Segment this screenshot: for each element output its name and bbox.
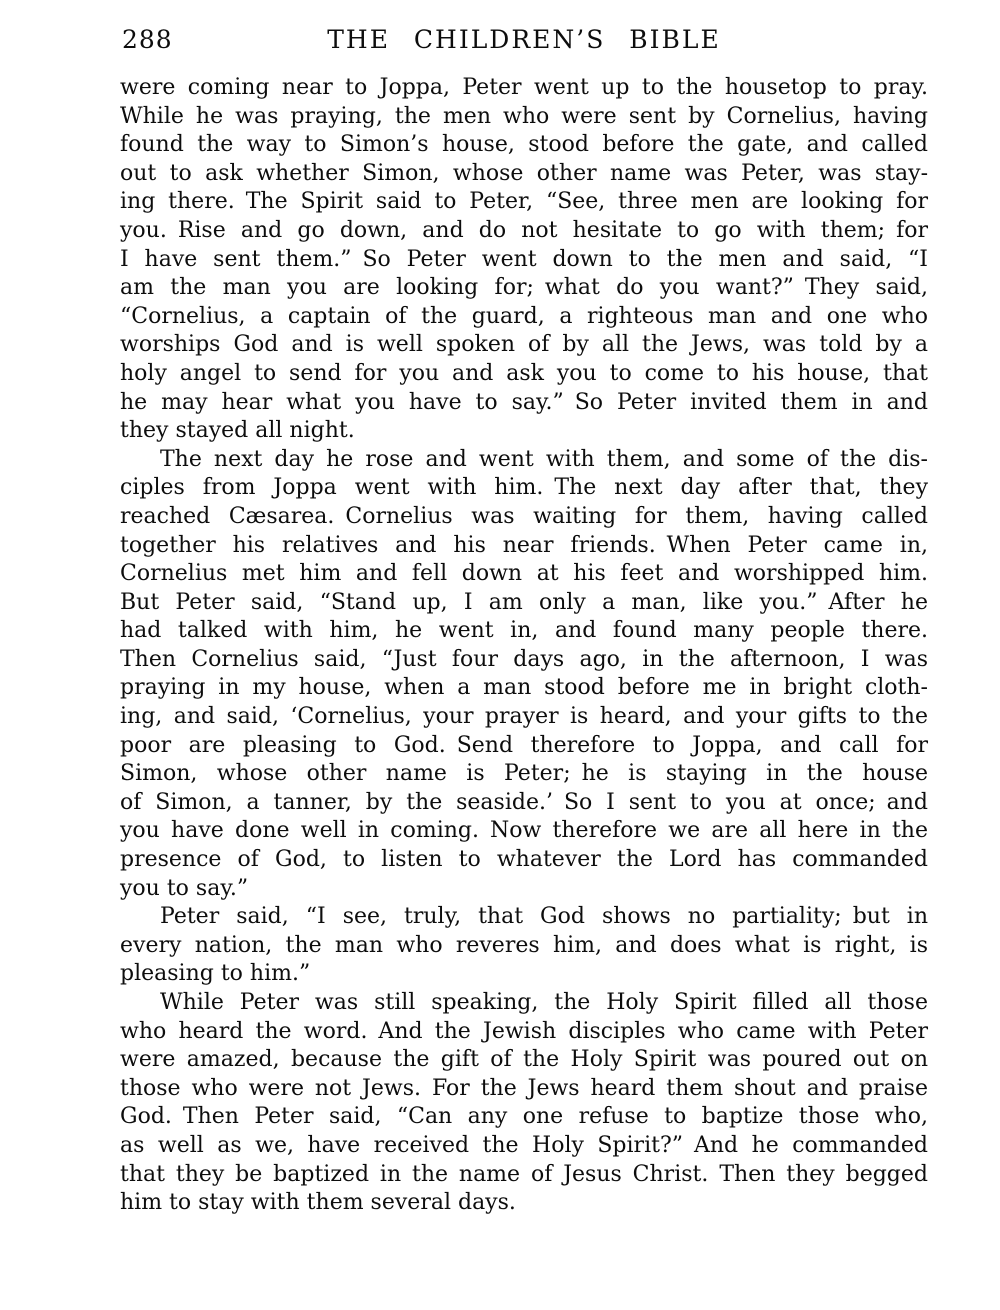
page-body: were coming near to Joppa, Peter went up…: [120, 74, 928, 1218]
text-line: Peter said, “I see, truly, that God show…: [120, 903, 928, 932]
text-line: “Cornelius, a captain of the guard, a ri…: [120, 303, 928, 332]
text-line: presence of God, to listen to whatever t…: [120, 846, 928, 875]
text-line: pleasing to him.”: [120, 960, 928, 989]
text-line: ciples from Joppa went with him. The nex…: [120, 474, 928, 503]
page-number: 288: [122, 25, 173, 54]
text-line: reached Cæsarea. Cornelius was waiting f…: [120, 503, 928, 532]
text-line: found the way to Simon’s house, stood be…: [120, 131, 928, 160]
text-line: that they be baptized in the name of Jes…: [120, 1161, 928, 1190]
paragraph: While Peter was still speaking, the Holy…: [120, 989, 928, 1218]
text-line: poor are pleasing to God. Send therefore…: [120, 732, 928, 761]
text-line: him to stay with them several days.: [120, 1189, 928, 1218]
text-line: those who were not Jews. For the Jews he…: [120, 1075, 928, 1104]
paragraph: The next day he rose and went with them,…: [120, 446, 928, 904]
text-line: were amazed, because the gift of the Hol…: [120, 1046, 928, 1075]
paragraph: were coming near to Joppa, Peter went up…: [120, 74, 928, 446]
text-line: Then Cornelius said, “Just four days ago…: [120, 646, 928, 675]
text-line: am the man you are looking for; what do …: [120, 274, 928, 303]
text-line: they stayed all night.: [120, 417, 928, 446]
text-line: While he was praying, the men who were s…: [120, 103, 928, 132]
text-line: worships God and is well spoken of by al…: [120, 331, 928, 360]
text-line: ing, and said, ‘Cornelius, your prayer i…: [120, 703, 928, 732]
text-line: out to ask whether Simon, whose other na…: [120, 160, 928, 189]
running-title: THE CHILDREN’S BIBLE: [120, 25, 928, 54]
text-line: The next day he rose and went with them,…: [120, 446, 928, 475]
text-line: ing there. The Spirit said to Peter, “Se…: [120, 188, 928, 217]
text-line: God. Then Peter said, “Can any one refus…: [120, 1103, 928, 1132]
text-line: he may hear what you have to say.” So Pe…: [120, 389, 928, 418]
text-line: of Simon, a tanner, by the seaside.’ So …: [120, 789, 928, 818]
text-line: were coming near to Joppa, Peter went up…: [120, 74, 928, 103]
text-line: together his relatives and his near frie…: [120, 532, 928, 561]
text-line: who heard the word. And the Jewish disci…: [120, 1018, 928, 1047]
text-line: had talked with him, he went in, and fou…: [120, 617, 928, 646]
text-line: But Peter said, “Stand up, I am only a m…: [120, 589, 928, 618]
paragraph: Peter said, “I see, truly, that God show…: [120, 903, 928, 989]
text-line: praying in my house, when a man stood be…: [120, 674, 928, 703]
text-line: I have sent them.” So Peter went down to…: [120, 246, 928, 275]
text-line: you have done well in coming. Now theref…: [120, 817, 928, 846]
text-line: you. Rise and go down, and do not hesita…: [120, 217, 928, 246]
text-line: While Peter was still speaking, the Holy…: [120, 989, 928, 1018]
text-line: every nation, the man who reveres him, a…: [120, 932, 928, 961]
text-line: as well as we, have received the Holy Sp…: [120, 1132, 928, 1161]
book-page: 288 THE CHILDREN’S BIBLE were coming nea…: [0, 0, 1000, 1310]
text-line: you to say.”: [120, 875, 928, 904]
page-header: 288 THE CHILDREN’S BIBLE: [120, 25, 928, 53]
text-line: Simon, whose other name is Peter; he is …: [120, 760, 928, 789]
text-line: holy angel to send for you and ask you t…: [120, 360, 928, 389]
text-line: Cornelius met him and fell down at his f…: [120, 560, 928, 589]
